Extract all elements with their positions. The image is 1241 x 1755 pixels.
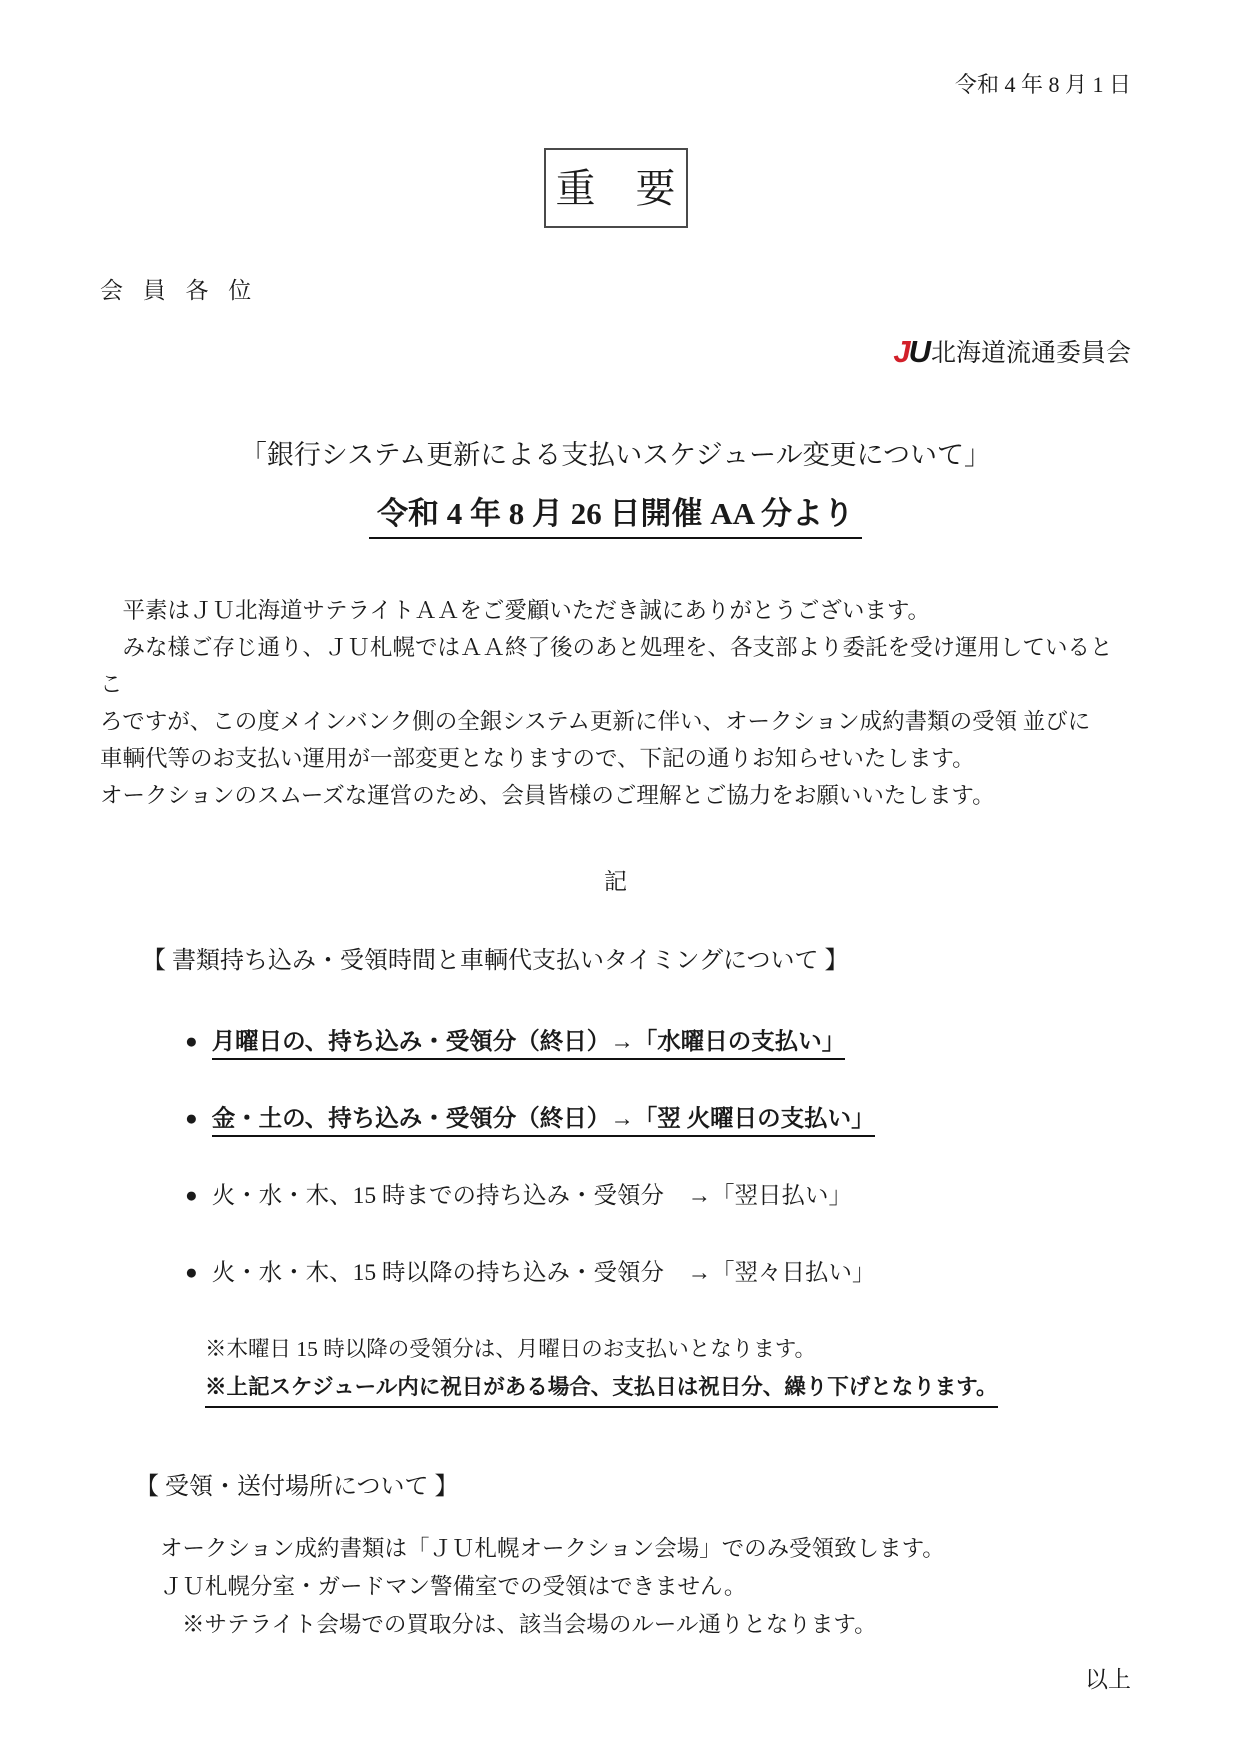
body-line: 平素はＪＵ北海道サテライトＡＡをご愛顧いただき誠にありがとうございます。 (100, 592, 1131, 629)
body-line: みな様ご存じ通り、ＪＵ札幌ではＡＡ終了後のあと処理を、各支部より委託を受け運用し… (100, 629, 1131, 703)
subtitle-row: 令和 4 年 8 月 26 日開催 AA 分より (100, 496, 1131, 542)
body-paragraph: 平素はＪＵ北海道サテライトＡＡをご愛顧いただき誠にありがとうございます。 みな様… (100, 592, 1131, 814)
ki-marker: 記 (100, 866, 1131, 898)
document-date: 令和 4 年 8 月 1 日 (100, 70, 1131, 100)
section2-line: オークション成約書類は「ＪＵ札幌オークション会場」でのみ受領致します。 (160, 1530, 1131, 1568)
bullet-icon: ● (185, 1106, 198, 1130)
importance-stamp: 重 要 (544, 148, 688, 228)
document-subtitle: 令和 4 年 8 月 26 日開催 AA 分より (369, 496, 862, 539)
bullet-item: ●火・水・木、15 時までの持ち込み・受領分 →「翌日払い」 (185, 1178, 1131, 1213)
bullet-text: 火・水・木、15 時以降の持ち込み・受領分 →「翌々日払い」 (212, 1260, 876, 1286)
holiday-note: ※上記スケジュール内に祝日がある場合、支払日は祝日分、繰り下げとなります。 (205, 1370, 1131, 1408)
bullet-item: ●月曜日の、持ち込み・受領分（終日）→「水曜日の支払い」 (185, 1024, 1131, 1059)
ju-logo-j: J (893, 334, 908, 369)
body-line: オークションのスムーズな運営のため、会員皆様のご理解とご協力をお願いいたします。 (100, 777, 1131, 814)
section1-heading: 【 書類持ち込み・受領時間と車輌代支払いタイミングについて 】 (142, 944, 1131, 978)
sender-line: JU北海道流通委員会 (100, 334, 1131, 372)
bullet-item: ●火・水・木、15 時以降の持ち込み・受領分 →「翌々日払い」 (185, 1255, 1131, 1290)
recipient-line: 会 員 各 位 (100, 276, 1131, 306)
schedule-note: ※木曜日 15 時以降の受領分は、月曜日のお支払いとなります。 (205, 1332, 1131, 1366)
bullet-icon: ● (185, 1183, 198, 1207)
bullet-list: ●月曜日の、持ち込み・受領分（終日）→「水曜日の支払い」 ●金・土の、持ち込み・… (100, 1024, 1131, 1290)
closing-marker: 以上 (100, 1664, 1131, 1696)
bullet-item: ●金・土の、持ち込み・受領分（終日）→「翌 火曜日の支払い」 (185, 1101, 1131, 1136)
sender-name: 北海道流通委員会 (931, 340, 1131, 367)
document-title: 「銀行システム更新による支払いスケジュール変更について」 (100, 436, 1131, 474)
bullet-icon: ● (185, 1260, 198, 1284)
holiday-note-text: ※上記スケジュール内に祝日がある場合、支払日は祝日分、繰り下げとなります。 (205, 1370, 998, 1408)
ju-logo-u: U (909, 334, 929, 369)
bullet-text: 月曜日の、持ち込み・受領分（終日）→「水曜日の支払い」 (212, 1029, 846, 1060)
bullet-text: 金・土の、持ち込み・受領分（終日）→「翌 火曜日の支払い」 (212, 1106, 875, 1137)
body-line: 車輌代等のお支払い運用が一部変更となりますので、下記の通りお知らせいたします。 (100, 740, 1131, 777)
section2-line: ＪＵ札幌分室・ガードマン警備室での受領はできません。 (160, 1568, 1131, 1606)
bullet-text: 火・水・木、15 時までの持ち込み・受領分 →「翌日払い」 (212, 1183, 852, 1209)
section2-line: ※サテライト会場での買取分は、該当会場のルール通りとなります。 (160, 1606, 1131, 1644)
body-line: ろですが、この度メインバンク側の全銀システム更新に伴い、オークション成約書類の受… (100, 703, 1131, 740)
section2-heading: 【 受領・送付場所について 】 (135, 1470, 1131, 1504)
stamp-row: 重 要 (100, 148, 1131, 232)
document-page: 令和 4 年 8 月 1 日 重 要 会 員 各 位 JU北海道流通委員会 「銀… (0, 0, 1241, 1755)
bullet-icon: ● (185, 1029, 198, 1053)
ju-logo-icon: JU (893, 334, 929, 369)
